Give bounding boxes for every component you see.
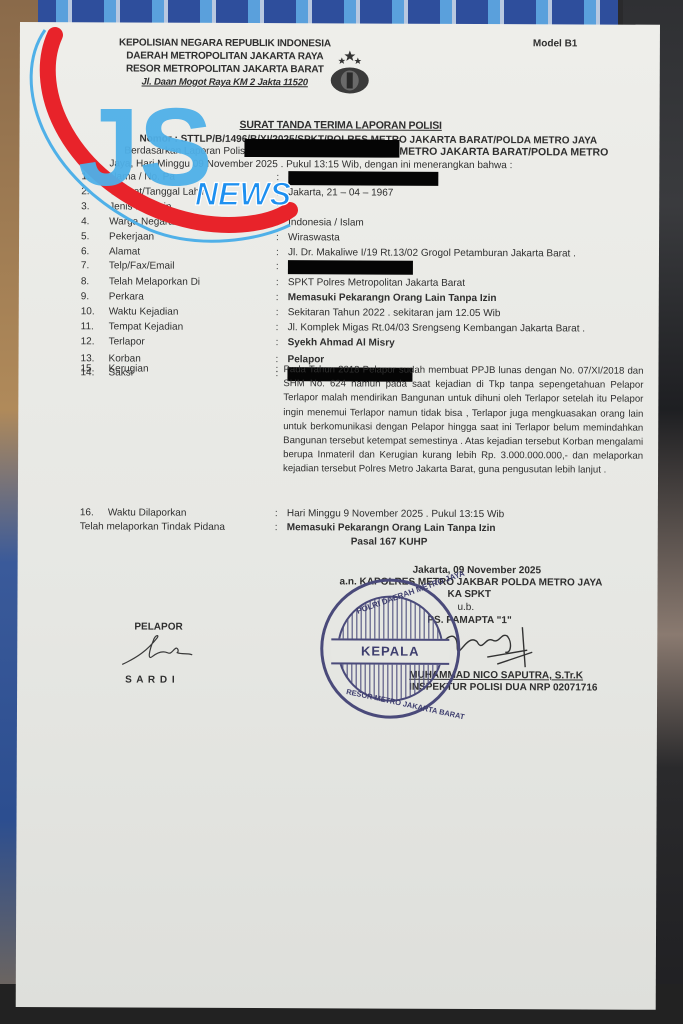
field-colon: : — [276, 336, 279, 350]
field-label: Jenis Kelamin — [109, 200, 171, 214]
field-colon: : — [276, 231, 279, 245]
field-value: Jakarta, 21 – 04 – 1967 — [288, 186, 393, 200]
field-number: 4. — [81, 215, 103, 229]
model-label: Model B1 — [533, 38, 578, 49]
stamp-center-text: KEPALA — [331, 638, 449, 665]
reporter-signature-icon — [117, 632, 197, 668]
field-number: 15. — [80, 362, 102, 376]
field-number: 2. — [81, 185, 103, 199]
field-number: 6. — [81, 245, 103, 259]
field-label: Warga Negara/Agama — [109, 215, 208, 229]
ub-label: u.b. — [457, 601, 474, 614]
field-colon: : — [275, 363, 278, 377]
field-number: 7. — [81, 259, 103, 273]
header-address: Jl. Daan Mogot Raya KM 2 Jakta 11520 — [95, 75, 355, 89]
police-emblem-icon — [325, 48, 375, 96]
field-label: Nama / No. Pa — [109, 170, 175, 184]
field-number: 10. — [81, 305, 103, 319]
field-colon: : — [276, 291, 279, 305]
field-label: Pekerjaan — [109, 230, 154, 244]
field-value: SPKT Polres Metropolitan Jakarta Barat — [288, 276, 465, 291]
field-value: Wiraswasta — [288, 231, 340, 245]
field-row: 1.Nama / No. Pa: — [81, 170, 641, 186]
reporter-name: S A R D I — [125, 673, 176, 686]
field-row: 10.Waktu Kejadian:Sekitaran Tahun 2022 .… — [81, 305, 641, 321]
field-number: 11. — [81, 320, 103, 334]
field-label: Waktu Dilaporkan — [108, 506, 187, 520]
field-row: 3.Jenis Kelamin: — [81, 200, 641, 216]
field-row: 5.Pekerjaan:Wiraswasta — [81, 230, 641, 246]
field-label: Perkara — [109, 290, 144, 304]
kerugian-text: Pada Tahun 2018 Pelapor sudah membuat PP… — [283, 363, 643, 478]
header-line-2: DAERAH METROPOLITAN JAKARTA RAYA — [95, 49, 355, 63]
field-label: Telah Melaporkan Di — [109, 275, 200, 289]
field-number: 16. — [80, 506, 102, 520]
pasal-text: Pasal 167 KUHP — [351, 535, 428, 548]
field-colon: : — [276, 321, 279, 335]
field-value: Syekh Ahmad Al Misry — [288, 336, 395, 350]
field-row: 7.Telp/Fax/Email: — [81, 259, 641, 275]
field-label: Waktu Kejadian — [109, 305, 179, 319]
field-row: 12.Terlapor:Syekh Ahmad Al Misry — [81, 335, 641, 351]
field-colon: : — [276, 276, 279, 290]
field-value: Jl. Komplek Migas Rt.04/03 Srengseng Kem… — [288, 321, 585, 336]
field-row: 8.Telah Melaporkan Di:SPKT Polres Metrop… — [81, 275, 641, 291]
document-title: SURAT TANDA TERIMA LAPORAN POLISI — [240, 119, 442, 132]
header-line-3: RESOR METROPOLITAN JAKARTA BARAT — [95, 62, 355, 76]
field-colon: : — [275, 507, 278, 521]
field-label: Tempat/Tanggal Lahir — [109, 185, 205, 199]
police-report-document: KEPOLISIAN NEGARA REPUBLIK INDONESIA DAE… — [16, 22, 660, 1010]
header-line-1: KEPOLISIAN NEGARA REPUBLIK INDONESIA — [95, 36, 355, 50]
field-label: Telp/Fax/Email — [109, 259, 175, 273]
redacted-value — [288, 171, 438, 186]
field-value: Indonesia / Islam — [288, 216, 364, 230]
field-label: Tempat Kejadian — [109, 320, 184, 334]
field-colon: : — [276, 216, 279, 230]
field-label: Terlapor — [109, 335, 145, 349]
field-row: 9.Perkara:Memasuki Pekarangn Orang Lain … — [81, 290, 641, 306]
tindak-pidana-row: Telah melaporkan Tindak Pidana : Memasuk… — [80, 520, 640, 536]
field-value: Sekitaran Tahun 2022 . sekitaran jam 12.… — [288, 306, 501, 321]
field-number: 12. — [81, 335, 103, 349]
official-stamp: KEPALA POLRI DAERAH METRO JAYA RESOR MET… — [320, 578, 461, 719]
field-colon: : — [276, 260, 279, 274]
field-label: Kerugian — [108, 362, 148, 376]
field-value: Memasuki Pekarangn Orang Lain Tanpa Izin — [287, 521, 496, 536]
field-colon: : — [276, 201, 279, 215]
field-value: Hari Minggu 9 November 2025 . Pukul 13:1… — [287, 507, 504, 522]
field-number: 9. — [81, 290, 103, 304]
field-value: Jl. Dr. Makaliwe I/19 Rt.13/02 Grogol Pe… — [288, 246, 576, 261]
field-row: 4.Warga Negara/Agama:Indonesia / Islam — [81, 215, 641, 231]
field-colon: : — [276, 186, 279, 200]
reference-suffix: METRO JAKARTA BARAT/POLDA METRO — [399, 146, 608, 160]
field-label: Alamat — [109, 245, 140, 259]
field-row: 11.Tempat Kejadian:Jl. Komplek Migas Rt.… — [81, 320, 641, 336]
field-colon: : — [276, 246, 279, 260]
field-number: 8. — [81, 275, 103, 289]
redacted-report-ref — [244, 139, 399, 158]
field-number: 3. — [81, 200, 103, 214]
field-number: 1. — [81, 170, 103, 184]
redacted-value — [288, 260, 413, 275]
field-label: Telah melaporkan Tindak Pidana — [80, 520, 225, 535]
field-row: 2.Tempat/Tanggal Lahir:Jakarta, 21 – 04 … — [81, 185, 641, 201]
field-value: Memasuki Pekarangn Orang Lain Tanpa Izin — [288, 291, 497, 306]
field-colon: : — [275, 521, 278, 535]
position: KA SPKT — [447, 588, 491, 601]
field-colon: : — [276, 171, 279, 185]
field-number: 5. — [81, 230, 103, 244]
field-colon: : — [276, 306, 279, 320]
